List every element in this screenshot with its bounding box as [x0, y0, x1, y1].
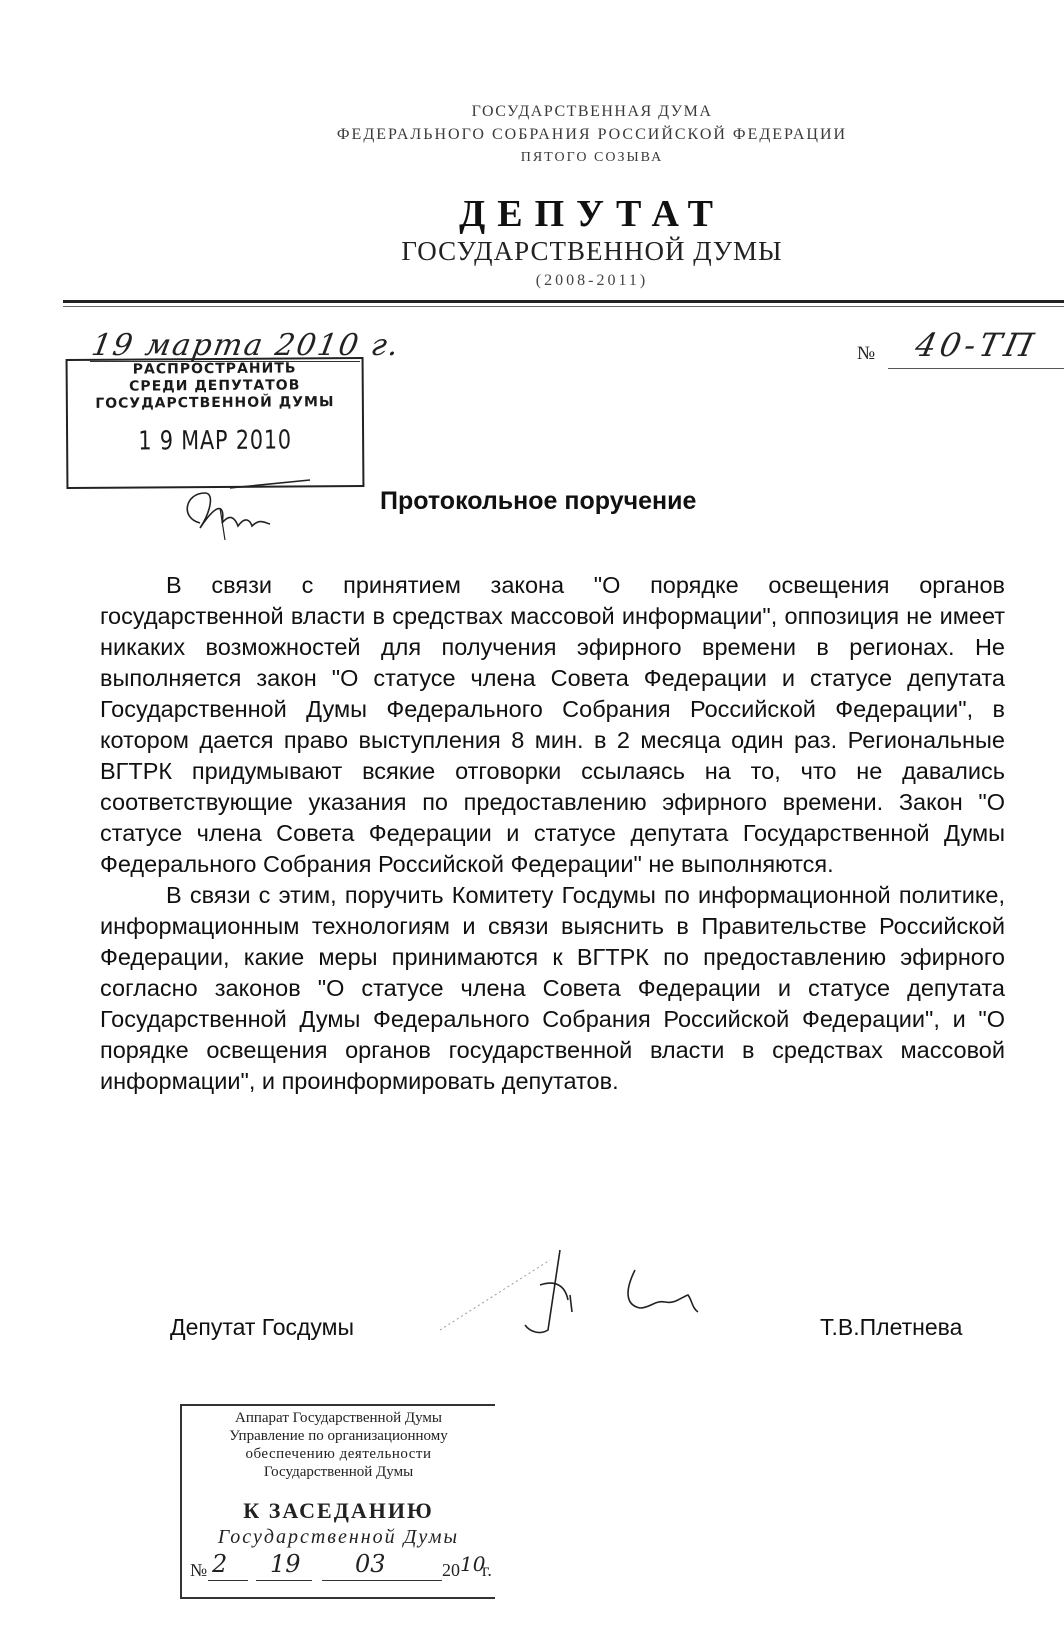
document-body: В связи с принятием закона "О порядке ос…: [100, 570, 1005, 1097]
document-number-value: 40-ТП: [912, 326, 1041, 364]
stamp-date: 1 9 МАР 2010: [97, 425, 332, 457]
meeting-month: 03: [355, 1550, 386, 1578]
meeting-stamp-line-1: Аппарат Государственной Думы: [182, 1410, 495, 1427]
document-title: Протокольное поручение: [380, 487, 696, 516]
letterhead-divider-thin: [63, 306, 1064, 307]
deputy-signature-icon: [430, 1240, 720, 1340]
meeting-stamp: Аппарат Государственной Думы Управление …: [180, 1404, 495, 1599]
meeting-year-prefix: 20: [442, 1560, 460, 1581]
document-number-underline: [888, 368, 1064, 369]
letterhead-title: ДЕПУТАТ: [60, 192, 1064, 236]
stamp-line-3: ГОСУДАРСТВЕННОЙ ДУМЫ: [68, 394, 362, 412]
meeting-day: 19: [270, 1550, 301, 1578]
stamp-line-2: СРЕДИ ДЕПУТАТОВ: [68, 377, 362, 395]
letterhead-subtitle: ГОСУДАРСТВЕННОЙ ДУМЫ: [60, 236, 1064, 267]
letterhead-divider-thick: [63, 300, 1064, 303]
letterhead-line-1: ГОСУДАРСТВЕННАЯ ДУМА: [60, 103, 1064, 121]
document-number-label: №: [857, 343, 875, 365]
meeting-stamp-line-4: Государственной Думы: [182, 1464, 495, 1481]
distribution-stamp: РАСПРОСТРАНИТЬ СРЕДИ ДЕПУТАТОВ ГОСУДАРСТ…: [66, 357, 365, 489]
letterhead-years: (2008-2011): [60, 272, 1064, 290]
meeting-stamp-line-2: Управление по организационному: [182, 1428, 495, 1445]
meeting-year-suffix: г.: [482, 1560, 492, 1581]
body-paragraph-1: В связи с принятием закона "О порядке ос…: [100, 570, 1005, 880]
letterhead-line-2: ФЕДЕРАЛЬНОГО СОБРАНИЯ РОССИЙСКОЙ ФЕДЕРАЦ…: [60, 126, 1064, 144]
meeting-stamp-heading: К ЗАСЕДАНИЮ: [182, 1498, 495, 1524]
meeting-stamp-subheading: Государственной Думы: [182, 1526, 495, 1549]
stamp-signature-icon: [170, 478, 330, 548]
signatory-role: Депутат Госдумы: [170, 1314, 354, 1341]
meeting-number-value: 2: [212, 1550, 227, 1578]
stamp-line-1: РАСПРОСТРАНИТЬ: [68, 360, 362, 378]
body-paragraph-2: В связи с этим, поручить Комитету Госдум…: [100, 880, 1005, 1097]
letterhead-line-3: ПЯТОГО СОЗЫВА: [60, 150, 1064, 166]
meeting-stamp-line-3: обеспечению деятельности: [182, 1446, 495, 1463]
meeting-number-label: №: [190, 1560, 207, 1581]
signatory-name: Т.В.Плетнева: [820, 1314, 962, 1341]
